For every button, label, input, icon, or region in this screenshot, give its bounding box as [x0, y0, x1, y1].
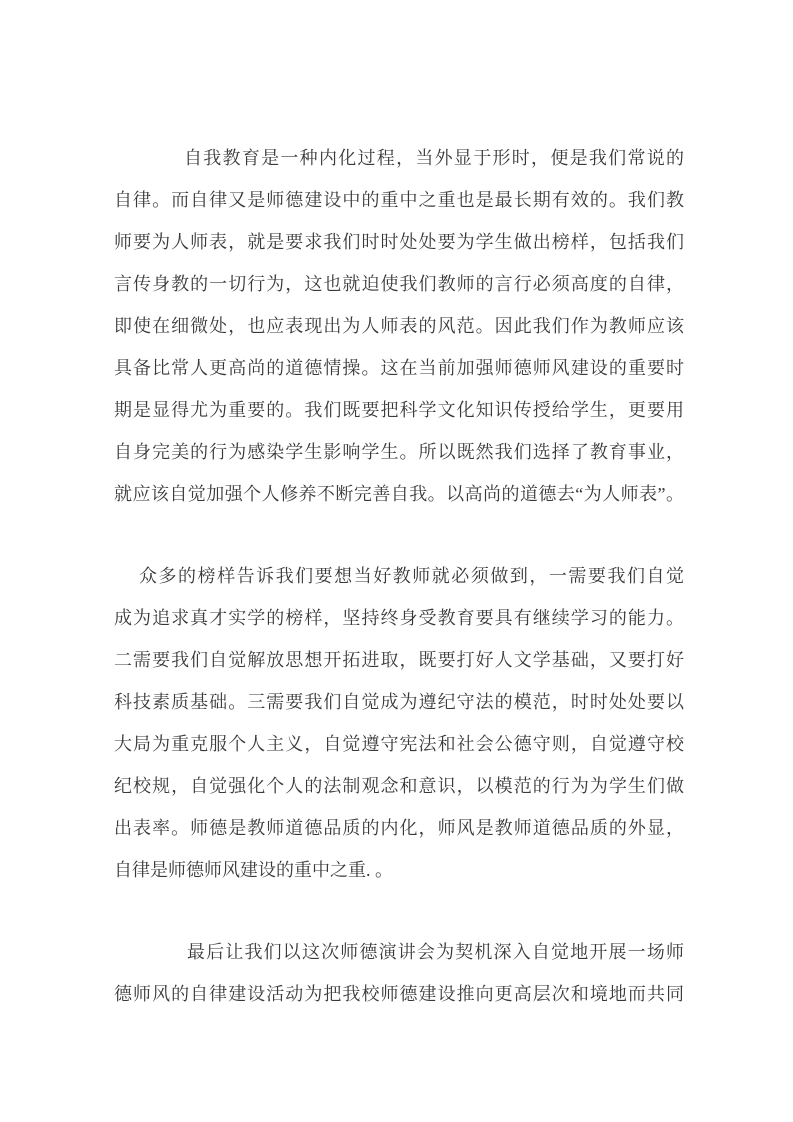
text-line: 纪校规，自觉强化个人的法制观念和意识，以模范的行为为学生们做	[114, 765, 684, 807]
document-body-text: 自我教育是一种内化过程，当外显于形时，便是我们常说的自律。而自律又是师德建设中的…	[114, 137, 684, 1055]
text-line: 二需要我们自觉解放思想开拓进取，既要打好人文学基础，又要打好	[114, 639, 684, 681]
text-line: 师要为人师表，就是要求我们时时处处要为学生做出榜样，包括我们	[114, 221, 684, 263]
text-line: 众多的榜样告诉我们要想当好教师就必须做到，一需要我们自觉	[114, 555, 684, 597]
paragraph: 自我教育是一种内化过程，当外显于形时，便是我们常说的自律。而自律又是师德建设中的…	[114, 137, 684, 515]
paragraph: 最后让我们以这次师德演讲会为契机深入自觉地开展一场师德师风的自律建设活动为把我校…	[114, 931, 684, 1015]
text-line: 言传身教的一切行为，这也就迫使我们教师的言行必须高度的自律，	[114, 263, 684, 305]
text-line: 自律是师德师风建设的重中之重. 。	[114, 849, 684, 891]
text-line: 科技素质基础。三需要我们自觉成为遵纪守法的模范，时时处处要以	[114, 681, 684, 723]
document-page: 自我教育是一种内化过程，当外显于形时，便是我们常说的自律。而自律又是师德建设中的…	[0, 0, 793, 1122]
text-line: 最后让我们以这次师德演讲会为契机深入自觉地开展一场师	[114, 931, 684, 973]
text-line: 具备比常人更高尚的道德情操。这在当前加强师德师风建设的重要时	[114, 347, 684, 389]
text-line: 自我教育是一种内化过程，当外显于形时，便是我们常说的	[114, 137, 684, 179]
text-line: 自律。而自律又是师德建设中的重中之重也是最长期有效的。我们教	[114, 179, 684, 221]
text-line: 德师风的自律建设活动为把我校师德建设推向更高层次和境地而共同	[114, 973, 684, 1015]
text-line: 就应该自觉加强个人修养不断完善自我。以高尚的道德去“为人师表”。	[114, 473, 684, 515]
text-line: 期是显得尤为重要的。我们既要把科学文化知识传授给学生，更要用	[114, 389, 684, 431]
paragraph: 众多的榜样告诉我们要想当好教师就必须做到，一需要我们自觉成为追求真才实学的榜样，…	[114, 555, 684, 891]
text-line: 大局为重克服个人主义，自觉遵守宪法和社会公德守则，自觉遵守校	[114, 723, 684, 765]
text-line: 成为追求真才实学的榜样，坚持终身受教育要具有继续学习的能力。	[114, 597, 684, 639]
text-line: 自身完美的行为感染学生影响学生。所以既然我们选择了教育事业，	[114, 431, 684, 473]
text-line: 即使在细微处，也应表现出为人师表的风范。因此我们作为教师应该	[114, 305, 684, 347]
text-line: 出表率。师德是教师道德品质的内化，师风是教师道德品质的外显，	[114, 807, 684, 849]
